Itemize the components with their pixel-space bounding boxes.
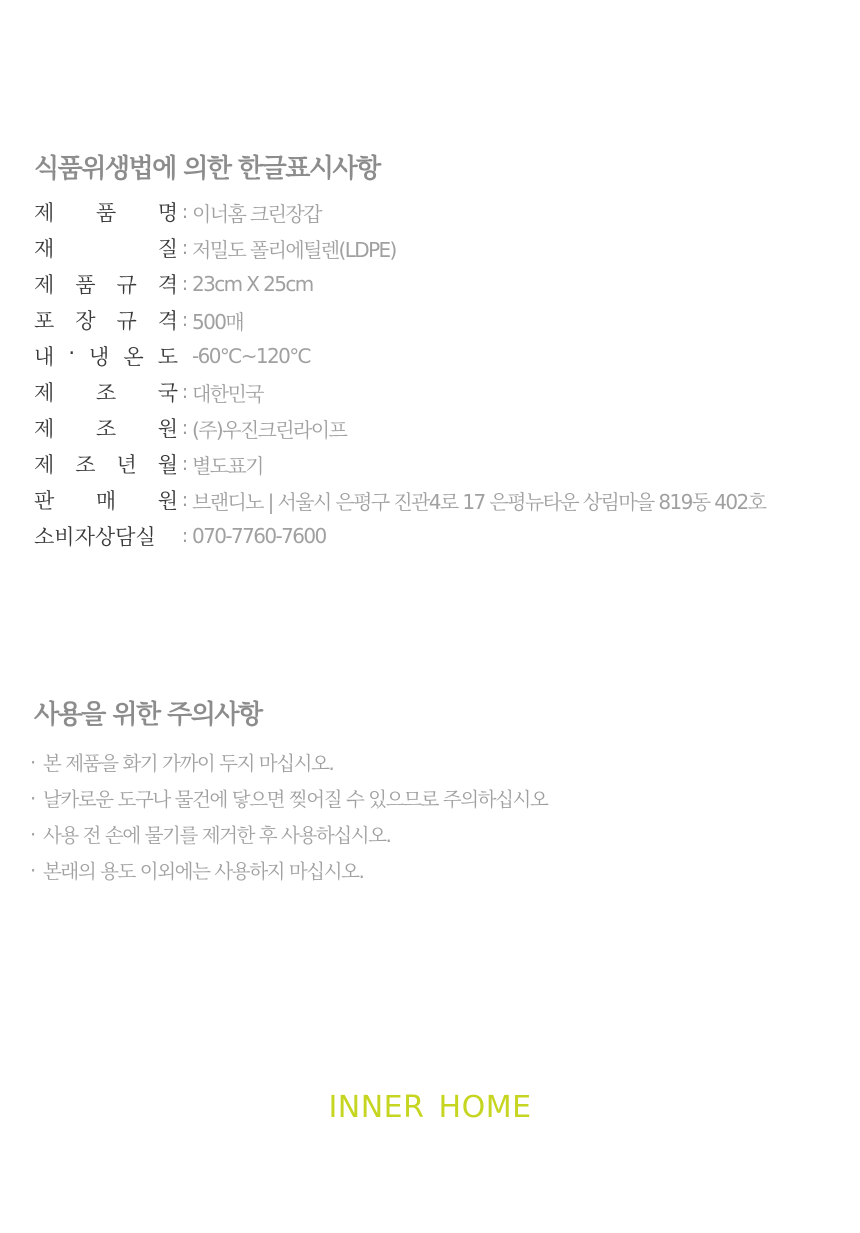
spec-label-char: 품	[96, 197, 116, 227]
spec-label: 제품규격	[34, 269, 178, 299]
spec-label-char: 조	[75, 449, 95, 479]
spec-value: 500매	[192, 306, 243, 335]
spec-separator: :	[178, 309, 192, 331]
spec-label-char: 내	[34, 341, 54, 371]
spec-value: 브랜디노 | 서울시 은평구 진관4로 17 은평뉴타운 상림마을 819동 4…	[192, 486, 765, 515]
spec-label-char: 제	[34, 413, 54, 443]
spec-label: 내·냉온도	[34, 341, 178, 371]
spec-label-char: 제	[34, 197, 54, 227]
spec-label-char: 제	[34, 377, 54, 407]
spec-value: 이너홈 크린장갑	[192, 198, 321, 227]
spec-label-char: 포	[34, 305, 54, 335]
bullet-dot-icon: ·	[30, 751, 43, 774]
caution-item: ·날카로운 도구나 물건에 닿으면 찢어질 수 있으므로 주의하십시오	[30, 780, 547, 816]
spec-label-char: 규	[116, 305, 136, 335]
spec-label-char: 냉	[89, 341, 109, 371]
spec-row: 제조원:(주)우진크린라이프	[34, 410, 765, 446]
spec-label-char: ·	[68, 341, 75, 371]
spec-value: 대한민국	[192, 378, 263, 407]
spec-row: 제품명:이너홈 크린장갑	[34, 194, 765, 230]
spec-value: -60℃~120℃	[192, 344, 310, 368]
bullet-dot-icon: ·	[30, 823, 43, 846]
spec-label-char: 명	[158, 197, 178, 227]
spec-label-char: 판	[34, 485, 54, 515]
spec-label-char: 제	[34, 449, 54, 479]
brand-logo: INNER HOME	[0, 1090, 860, 1125]
spec-row: 판매원:브랜디노 | 서울시 은평구 진관4로 17 은평뉴타운 상림마을 81…	[34, 482, 765, 518]
spec-separator: :	[178, 417, 192, 439]
spec-label-char: 규	[116, 269, 136, 299]
spec-label-char: 월	[158, 449, 178, 479]
spec-label: 재질	[34, 233, 178, 263]
spec-label-char: 원	[158, 485, 178, 515]
spec-label-char: 격	[158, 269, 178, 299]
spec-separator: :	[178, 201, 192, 223]
spec-row: 제품규격:23cm X 25cm	[34, 266, 765, 302]
caution-text: 본 제품을 화기 가까이 두지 마십시오.	[43, 748, 333, 776]
label-section-title: 식품위생법에 의한 한글표시사항	[34, 148, 380, 185]
spec-value: 070-7760-7600	[192, 524, 326, 548]
spec-label-char: 장	[75, 305, 95, 335]
spec-label-char: 재	[34, 233, 54, 263]
spec-label-char: 격	[158, 305, 178, 335]
spec-label-char: 소비자상담실	[34, 521, 156, 551]
spec-label-char: 원	[158, 413, 178, 443]
caution-text: 날카로운 도구나 물건에 닿으면 찢어질 수 있으므로 주의하십시오	[43, 784, 547, 812]
spec-label: 제조년월	[34, 449, 178, 479]
spec-label: 판매원	[34, 485, 178, 515]
caution-list: ·본 제품을 화기 가까이 두지 마십시오.·날카로운 도구나 물건에 닿으면 …	[30, 744, 547, 888]
spec-separator: :	[178, 273, 192, 295]
spec-row: 제조국:대한민국	[34, 374, 765, 410]
spec-value: 별도표기	[192, 450, 263, 479]
spec-separator: :	[178, 237, 192, 259]
spec-row: 내·냉온도-60℃~120℃	[34, 338, 765, 374]
spec-row: 제조년월:별도표기	[34, 446, 765, 482]
spec-label-char: 제	[34, 269, 54, 299]
spec-separator: :	[178, 489, 192, 511]
spec-label-char: 년	[116, 449, 136, 479]
caution-item: ·사용 전 손에 물기를 제거한 후 사용하십시오.	[30, 816, 547, 852]
spec-label: 제조원	[34, 413, 178, 443]
spec-label-char: 국	[158, 377, 178, 407]
spec-row: 재질:저밀도 폴리에틸렌(LDPE)	[34, 230, 765, 266]
spec-label: 포장규격	[34, 305, 178, 335]
spec-label-char: 조	[96, 413, 116, 443]
caution-text: 사용 전 손에 물기를 제거한 후 사용하십시오.	[43, 820, 390, 848]
spec-label-char: 매	[96, 485, 116, 515]
spec-label-char: 도	[158, 341, 178, 371]
spec-separator: :	[178, 453, 192, 475]
spec-row: 포장규격:500매	[34, 302, 765, 338]
spec-label-char: 질	[158, 233, 178, 263]
bullet-dot-icon: ·	[30, 859, 43, 882]
caution-text: 본래의 용도 이외에는 사용하지 마십시오.	[43, 856, 363, 884]
spec-value: 23cm X 25cm	[192, 272, 313, 296]
bullet-dot-icon: ·	[30, 787, 43, 810]
spec-separator: :	[178, 381, 192, 403]
product-spec-list: 제품명:이너홈 크린장갑재질:저밀도 폴리에틸렌(LDPE)제품규격:23cm …	[34, 194, 765, 554]
spec-label-char: 조	[96, 377, 116, 407]
caution-item: ·본래의 용도 이외에는 사용하지 마십시오.	[30, 852, 547, 888]
caution-section-title: 사용을 위한 주의사항	[34, 694, 262, 731]
spec-label-char: 온	[123, 341, 143, 371]
spec-value: 저밀도 폴리에틸렌(LDPE)	[192, 234, 396, 263]
caution-item: ·본 제품을 화기 가까이 두지 마십시오.	[30, 744, 547, 780]
spec-row: 소비자상담실:070-7760-7600	[34, 518, 765, 554]
spec-label-char: 품	[75, 269, 95, 299]
spec-label: 소비자상담실	[34, 521, 178, 551]
spec-label: 제품명	[34, 197, 178, 227]
spec-label: 제조국	[34, 377, 178, 407]
spec-value: (주)우진크린라이프	[192, 414, 346, 443]
spec-separator: :	[178, 525, 192, 547]
